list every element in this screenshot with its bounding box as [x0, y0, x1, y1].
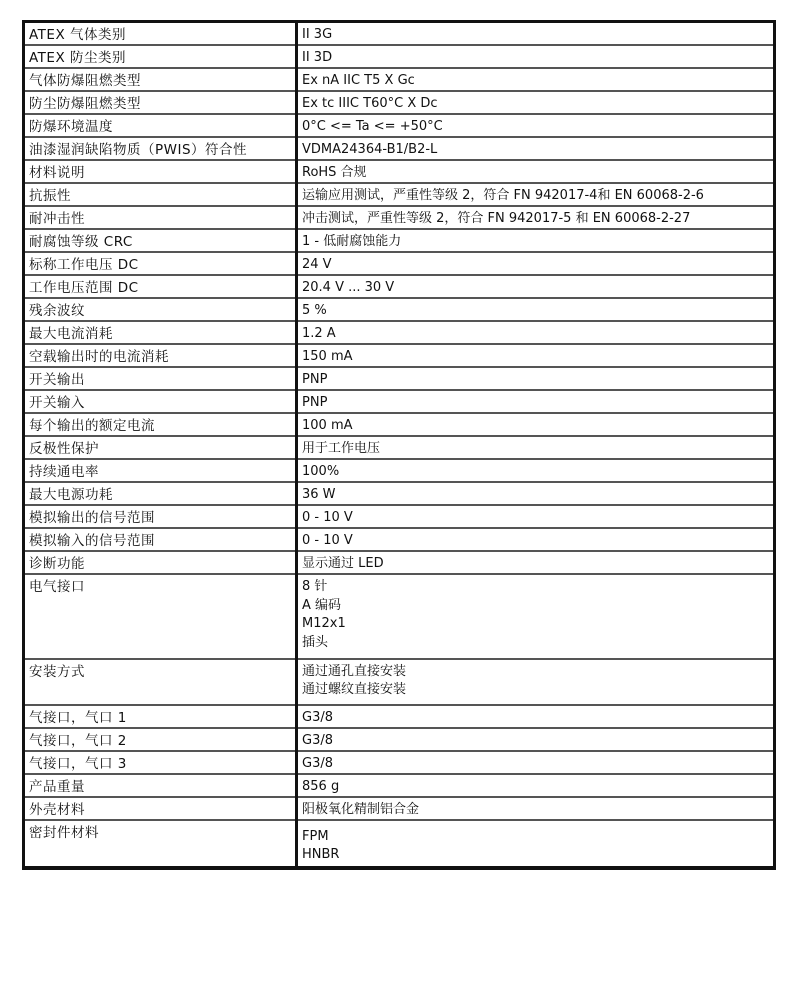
- table-row: 耐冲击性 冲击测试，严重性等级 2，符合 FN 942017-5 和 EN 60…: [24, 206, 775, 229]
- table-row: 产品重量 856 g: [24, 774, 775, 797]
- spec-value: 通过通孔直接安装 通过螺纹直接安装: [297, 659, 775, 705]
- spec-key: 外壳材料: [24, 797, 297, 820]
- spec-value: 冲击测试，严重性等级 2，符合 FN 942017-5 和 EN 60068-2…: [297, 206, 775, 229]
- spec-key: 每个输出的额定电流: [24, 413, 297, 436]
- table-row: 防尘防爆阻燃类型 Ex tc IIIC T60°C X Dc: [24, 91, 775, 114]
- spec-value: 150 mA: [297, 344, 775, 367]
- spec-key: 防爆环境温度: [24, 114, 297, 137]
- table-row: 密封件材料 FPM HNBR: [24, 820, 775, 868]
- spec-value: 用于工作电压: [297, 436, 775, 459]
- spec-value-line: 通过螺纹直接安装: [302, 681, 769, 699]
- spec-value: G3/8: [297, 751, 775, 774]
- spec-table: ATEX 气体类别 II 3G ATEX 防尘类别 II 3D 气体防爆阻燃类型…: [22, 20, 776, 870]
- table-row: 开关输出 PNP: [24, 367, 775, 390]
- spec-value: FPM HNBR: [297, 820, 775, 868]
- spec-value: 0 - 10 V: [297, 528, 775, 551]
- table-row: 气接口，气口 3 G3/8: [24, 751, 775, 774]
- spec-value: 8 针 A 编码 M12x1 插头: [297, 574, 775, 659]
- spec-value: PNP: [297, 367, 775, 390]
- spec-value: 阳极氧化精制铝合金: [297, 797, 775, 820]
- table-row: 耐腐蚀等级 CRC 1 - 低耐腐蚀能力: [24, 229, 775, 252]
- spec-key: 气接口，气口 3: [24, 751, 297, 774]
- spec-key: 残余波纹: [24, 298, 297, 321]
- spec-value: 0 - 10 V: [297, 505, 775, 528]
- spec-value: 运输应用测试，严重性等级 2，符合 FN 942017-4和 EN 60068-…: [297, 183, 775, 206]
- table-row: 工作电压范围 DC 20.4 V ... 30 V: [24, 275, 775, 298]
- table-row: 气接口，气口 2 G3/8: [24, 728, 775, 751]
- spec-table-body: ATEX 气体类别 II 3G ATEX 防尘类别 II 3D 气体防爆阻燃类型…: [24, 22, 775, 869]
- spec-value: PNP: [297, 390, 775, 413]
- spec-value-line: 8 针: [302, 578, 769, 597]
- table-row: 材料说明 RoHS 合规: [24, 160, 775, 183]
- spec-key: 电气接口: [24, 574, 297, 659]
- table-row: 气接口，气口 1 G3/8: [24, 705, 775, 728]
- spec-value-line: A 编码: [302, 597, 769, 616]
- spec-key: 耐冲击性: [24, 206, 297, 229]
- spec-key: 开关输入: [24, 390, 297, 413]
- table-row: 反极性保护 用于工作电压: [24, 436, 775, 459]
- spec-key: 诊断功能: [24, 551, 297, 574]
- spec-key: 油漆湿润缺陷物质（PWIS）符合性: [24, 137, 297, 160]
- table-row: 气体防爆阻燃类型 Ex nA IIC T5 X Gc: [24, 68, 775, 91]
- table-row: 外壳材料 阳极氧化精制铝合金: [24, 797, 775, 820]
- table-row: 开关输入 PNP: [24, 390, 775, 413]
- spec-key: 最大电源功耗: [24, 482, 297, 505]
- spec-key: ATEX 气体类别: [24, 22, 297, 46]
- table-row: 标称工作电压 DC 24 V: [24, 252, 775, 275]
- table-row: 抗振性 运输应用测试，严重性等级 2，符合 FN 942017-4和 EN 60…: [24, 183, 775, 206]
- spec-value-line: 插头: [302, 634, 769, 653]
- table-row: 空载输出时的电流消耗 150 mA: [24, 344, 775, 367]
- spec-value: G3/8: [297, 705, 775, 728]
- spec-value: 100%: [297, 459, 775, 482]
- spec-key: ATEX 防尘类别: [24, 45, 297, 68]
- table-row: ATEX 气体类别 II 3G: [24, 22, 775, 46]
- spec-key: 持续通电率: [24, 459, 297, 482]
- table-row: ATEX 防尘类别 II 3D: [24, 45, 775, 68]
- table-row: 诊断功能 显示通过 LED: [24, 551, 775, 574]
- spec-value: 856 g: [297, 774, 775, 797]
- spec-value-line: M12x1: [302, 615, 769, 634]
- table-row: 残余波纹 5 %: [24, 298, 775, 321]
- spec-key: 模拟输入的信号范围: [24, 528, 297, 551]
- spec-value: II 3G: [297, 22, 775, 46]
- spec-key: 安装方式: [24, 659, 297, 705]
- spec-value: VDMA24364-B1/B2-L: [297, 137, 775, 160]
- spec-value: Ex tc IIIC T60°C X Dc: [297, 91, 775, 114]
- spec-key: 开关输出: [24, 367, 297, 390]
- spec-value: RoHS 合规: [297, 160, 775, 183]
- spec-key: 气体防爆阻燃类型: [24, 68, 297, 91]
- spec-key: 密封件材料: [24, 820, 297, 868]
- spec-sheet-page: ATEX 气体类别 II 3G ATEX 防尘类别 II 3D 气体防爆阻燃类型…: [0, 0, 800, 1000]
- table-row: 最大电流消耗 1.2 A: [24, 321, 775, 344]
- spec-key: 最大电流消耗: [24, 321, 297, 344]
- table-row: 安装方式 通过通孔直接安装 通过螺纹直接安装: [24, 659, 775, 705]
- table-row: 每个输出的额定电流 100 mA: [24, 413, 775, 436]
- spec-key: 抗振性: [24, 183, 297, 206]
- spec-value-line: HNBR: [302, 846, 769, 864]
- spec-value: 5 %: [297, 298, 775, 321]
- spec-key: 标称工作电压 DC: [24, 252, 297, 275]
- spec-key: 耐腐蚀等级 CRC: [24, 229, 297, 252]
- spec-value-line: FPM: [302, 828, 769, 846]
- spec-key: 空载输出时的电流消耗: [24, 344, 297, 367]
- spec-value: 1 - 低耐腐蚀能力: [297, 229, 775, 252]
- table-row: 油漆湿润缺陷物质（PWIS）符合性 VDMA24364-B1/B2-L: [24, 137, 775, 160]
- spec-value: G3/8: [297, 728, 775, 751]
- spec-value-line: 通过通孔直接安装: [302, 663, 769, 681]
- spec-value: 1.2 A: [297, 321, 775, 344]
- spec-value: 20.4 V ... 30 V: [297, 275, 775, 298]
- spec-key: 气接口，气口 1: [24, 705, 297, 728]
- table-row: 模拟输出的信号范围 0 - 10 V: [24, 505, 775, 528]
- table-row: 持续通电率 100%: [24, 459, 775, 482]
- table-row: 防爆环境温度 0°C <= Ta <= +50°C: [24, 114, 775, 137]
- table-row: 电气接口 8 针 A 编码 M12x1 插头: [24, 574, 775, 659]
- spec-value: II 3D: [297, 45, 775, 68]
- spec-key: 产品重量: [24, 774, 297, 797]
- spec-value: Ex nA IIC T5 X Gc: [297, 68, 775, 91]
- spec-key: 气接口，气口 2: [24, 728, 297, 751]
- spec-key: 工作电压范围 DC: [24, 275, 297, 298]
- table-row: 模拟输入的信号范围 0 - 10 V: [24, 528, 775, 551]
- spec-key: 反极性保护: [24, 436, 297, 459]
- spec-value: 显示通过 LED: [297, 551, 775, 574]
- spec-value: 0°C <= Ta <= +50°C: [297, 114, 775, 137]
- spec-key: 模拟输出的信号范围: [24, 505, 297, 528]
- spec-value: 100 mA: [297, 413, 775, 436]
- table-row: 最大电源功耗 36 W: [24, 482, 775, 505]
- spec-key: 材料说明: [24, 160, 297, 183]
- spec-key: 防尘防爆阻燃类型: [24, 91, 297, 114]
- spec-value: 24 V: [297, 252, 775, 275]
- spec-value: 36 W: [297, 482, 775, 505]
